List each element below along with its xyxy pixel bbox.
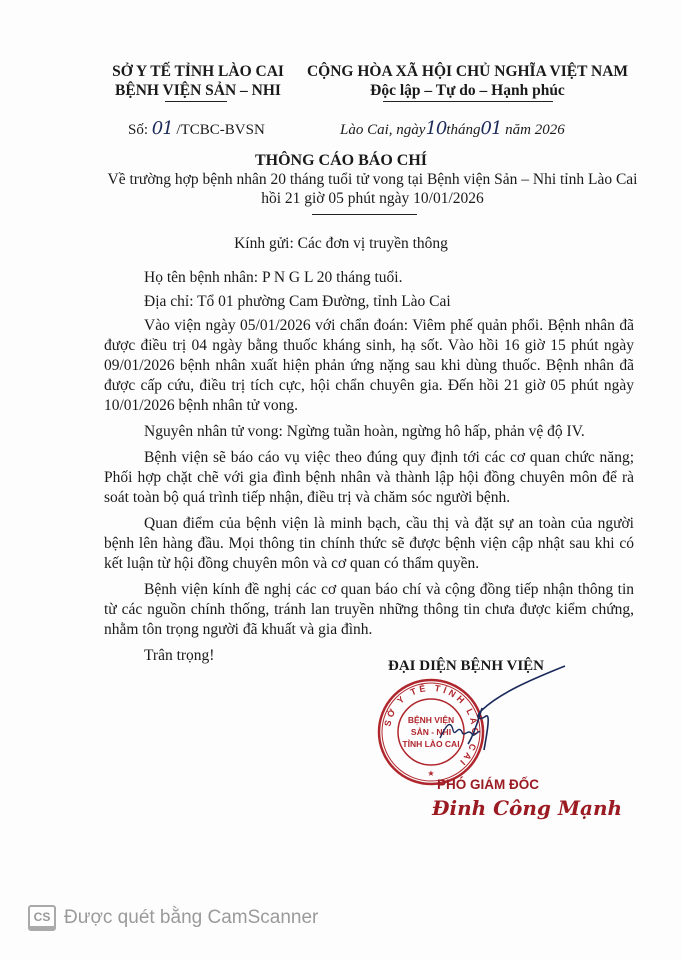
svg-text:★: ★ [427, 769, 434, 778]
agency-underline [165, 101, 227, 102]
camscanner-icon: CS [28, 905, 56, 931]
national-title: CỘNG HÒA XÃ HỘI CHỦ NGHĨA VIỆT NAM [300, 62, 635, 81]
paragraph-stance: Quan điểm của bệnh viện là minh bạch, cầ… [104, 514, 634, 574]
document-page: SỞ Y TẾ TỈNH LÀO CAI BỆNH VIỆN SẢN – NHI… [0, 0, 682, 960]
document-subtitle: Về trường hợp bệnh nhân 20 tháng tuổi tử… [100, 170, 645, 208]
date-day: 10 [425, 118, 446, 139]
doc-number-prefix: Số: [128, 122, 148, 138]
date-month-label: tháng [446, 122, 480, 138]
national-motto: Độc lập – Tự do – Hạnh phúc [300, 81, 635, 100]
paragraph-cause-of-death: Nguyên nhân tử vong: Ngừng tuần hoàn, ng… [104, 422, 634, 442]
document-body: Họ tên bệnh nhân: P N G L 20 tháng tuổi.… [104, 268, 634, 672]
signature-icon [420, 658, 570, 768]
paragraph-report: Bệnh viện sẽ báo cáo vụ việc theo đúng q… [104, 448, 634, 508]
title-rule [312, 214, 417, 215]
national-header: CỘNG HÒA XÃ HỘI CHỦ NGHĨA VIỆT NAM Độc l… [300, 62, 635, 100]
doc-number-suffix: /TCBC-BVSN [176, 122, 264, 138]
agency-header: SỞ Y TẾ TỈNH LÀO CAI BỆNH VIỆN SẢN – NHI [108, 62, 288, 100]
date-line: Lào Cai, ngày10tháng01 năm 2026 [340, 118, 565, 139]
patient-address: Địa chỉ: Tổ 01 phường Cam Đường, tỉnh Là… [104, 292, 634, 312]
date-year: năm 2026 [505, 122, 565, 138]
signer-name: Đinh Công Mạnh [432, 796, 622, 820]
doc-number-handwritten: 01 [152, 118, 173, 139]
document-title: THÔNG CÁO BÁO CHÍ [0, 152, 682, 170]
patient-name: Họ tên bệnh nhân: P N G L 20 tháng tuổi. [104, 268, 634, 288]
motto-underline [383, 101, 553, 102]
document-number: Số: 01 /TCBC-BVSN [128, 118, 265, 139]
date-month: 01 [481, 118, 502, 139]
recipient-line: Kính gửi: Các đơn vị truyền thông [0, 235, 682, 253]
agency-parent: SỞ Y TẾ TỈNH LÀO CAI [108, 62, 288, 81]
watermark-text: Được quét bằng CamScanner [64, 907, 318, 929]
scanner-watermark: CS Được quét bằng CamScanner [28, 905, 318, 931]
paragraph-admission: Vào viện ngày 05/01/2026 với chẩn đoán: … [104, 316, 634, 416]
paragraph-request: Bệnh viện kính đề nghị các cơ quan báo c… [104, 580, 634, 640]
date-place: Lào Cai, ngày [340, 122, 425, 138]
signer-position: PHÓ GIÁM ĐỐC [437, 777, 539, 792]
agency-name: BỆNH VIỆN SẢN – NHI [108, 81, 288, 100]
